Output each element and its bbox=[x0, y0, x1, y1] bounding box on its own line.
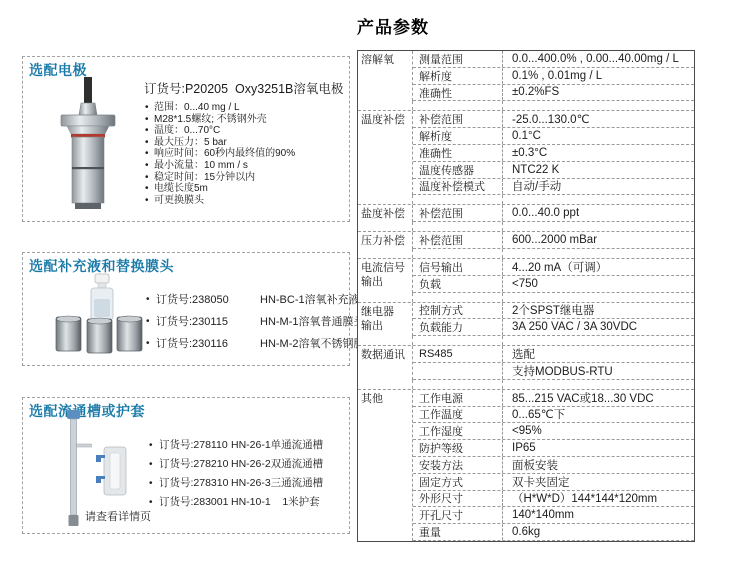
group-separator bbox=[358, 222, 694, 232]
group-label: 压力补偿 bbox=[358, 232, 413, 249]
parameter-name: 防护等级 bbox=[413, 440, 503, 456]
parameter-value: IP65 bbox=[503, 442, 694, 454]
parameter-name: 开孔尺寸 bbox=[413, 507, 503, 523]
parameter-row: 解析度 0.1°C bbox=[413, 128, 694, 145]
order-number: 订货号:278310 bbox=[159, 474, 231, 493]
group-separator bbox=[358, 101, 694, 111]
parameter-row: 工作电源 85...215 VAC或18...30 VDC bbox=[413, 390, 694, 407]
electrode-bullet: 温度：0...70°C bbox=[144, 125, 343, 137]
parameter-name: 固定方式 bbox=[413, 474, 503, 490]
group-label: 数据通讯 bbox=[358, 346, 413, 380]
group-separator bbox=[358, 195, 694, 205]
parameter-value: （H*W*D）144*144*120mm bbox=[503, 490, 694, 506]
parameter-name: 负载 bbox=[413, 276, 503, 292]
parameter-value: <95% bbox=[503, 425, 694, 437]
product-name: HN-26-1单通流通槽 bbox=[231, 436, 323, 455]
parameter-value: 0.6kg bbox=[503, 526, 694, 538]
flowcell-item-list: 订货号:278110 HN-26-1单通流通槽 订货号:278210 HN-26… bbox=[149, 436, 323, 512]
parameter-value: 0...65℃下 bbox=[503, 406, 694, 422]
parameter-name: 补偿范围 bbox=[413, 205, 503, 221]
parameter-value: 面板安装 bbox=[503, 457, 694, 473]
electrode-bullet: 最小流量：10 mm / s bbox=[144, 160, 343, 172]
product-name: HN-10-1 1米护套 bbox=[231, 493, 320, 512]
parameter-group: 其他 工作电源 85...215 VAC或18...30 VDC 工作温度 0.… bbox=[358, 390, 694, 541]
refill-item: 订货号:230116 HN-M-2溶氧不锈钢膜头 bbox=[146, 333, 376, 355]
parameter-row: 温度传感器 NTC22 K bbox=[413, 162, 694, 179]
group-label: 温度补偿 bbox=[358, 111, 413, 195]
parameter-row: 防护等级 IP65 bbox=[413, 440, 694, 457]
parameter-row: 补偿范围 -25.0...130.0℃ bbox=[413, 111, 694, 128]
order-number: 订货号:278110 bbox=[159, 436, 231, 455]
refill-item: 订货号:238050 HN-BC-1溶氧补充液 bbox=[146, 289, 376, 311]
parameter-value: 0.0...400.0% , 0.00...40.00mg / L bbox=[503, 53, 694, 65]
parameter-group: 盐度补偿 补偿范围 0.0...40.0 ppt bbox=[358, 205, 694, 222]
parameter-row: 安装方法 面板安装 bbox=[413, 457, 694, 474]
parameter-group: 继电器 输出 控制方式 2个SPST继电器 负载能力 3A 250 VAC / … bbox=[358, 303, 694, 337]
optional-flowcell-sheath-panel: 选配流通槽或护套 订货号:278110 HN-26-1单通流通槽 订货号:278… bbox=[22, 397, 350, 534]
group-separator bbox=[358, 336, 694, 346]
parameter-row: 工作温度 0...65℃下 bbox=[413, 407, 694, 424]
product-parameters-table: 溶解氧 测量范围 0.0...400.0% , 0.00...40.00mg /… bbox=[357, 50, 695, 542]
electrode-bullet: 范围：0...40 mg / L bbox=[144, 102, 343, 114]
order-number: 订货号:283001 bbox=[159, 493, 231, 512]
order-number: 订货号:230116 bbox=[156, 333, 260, 355]
group-separator bbox=[358, 293, 694, 303]
group-label: 继电器 输出 bbox=[358, 303, 413, 337]
parameter-value: 双卡夹固定 bbox=[503, 474, 694, 490]
parameter-row: 测量范围 0.0...400.0% , 0.00...40.00mg / L bbox=[413, 51, 694, 68]
parameter-row: 负载能力 3A 250 VAC / 3A 30VDC bbox=[413, 319, 694, 336]
group-rows: 补偿范围 0.0...40.0 ppt bbox=[413, 205, 694, 222]
optional-refill-membrane-panel: 选配补充液和替换膜头 订货号:238050 HN-BC-1溶氧补充液 bbox=[22, 252, 350, 366]
group-label: 溶解氧 bbox=[358, 51, 413, 101]
flowcell-item: 订货号:278310 HN-26-3三通流通槽 bbox=[149, 474, 323, 493]
parameter-value: <750 bbox=[503, 278, 694, 290]
parameter-name: 工作温度 bbox=[413, 407, 503, 423]
parameter-row: 工作湿度 <95% bbox=[413, 423, 694, 440]
parameter-value: 0.1% , 0.01mg / L bbox=[503, 70, 694, 82]
electrode-order-heading: 订货号:P20205 Oxy3251B溶氧电极 bbox=[144, 79, 343, 97]
parameter-name: 温度补偿模式 bbox=[413, 179, 503, 195]
parameter-value: 2个SPST继电器 bbox=[503, 302, 694, 318]
parameter-name: 安装方法 bbox=[413, 457, 503, 473]
parameter-value: 0.1°C bbox=[503, 130, 694, 142]
product-name: HN-26-2双通流通槽 bbox=[231, 455, 323, 474]
group-label: 电流信号 输出 bbox=[358, 259, 413, 293]
group-rows: 补偿范围 -25.0...130.0℃ 解析度 0.1°C 准确性 ±0.3°C bbox=[413, 111, 694, 195]
parameter-group: 数据通讯 RS485 选配 支持MODBUS-RTU bbox=[358, 346, 694, 380]
group-rows: 控制方式 2个SPST继电器 负载能力 3A 250 VAC / 3A 30VD… bbox=[413, 303, 694, 337]
parameter-row: 信号输出 4...20 mA（可调） bbox=[413, 259, 694, 276]
parameter-row: 控制方式 2个SPST继电器 bbox=[413, 303, 694, 320]
parameter-value: 选配 bbox=[503, 346, 694, 362]
parameter-row: 解析度 0.1% , 0.01mg / L bbox=[413, 68, 694, 85]
parameter-name: 工作电源 bbox=[413, 390, 503, 406]
parameter-value: 85...215 VAC或18...30 VDC bbox=[503, 390, 694, 406]
flowcell-item: 订货号:278210 HN-26-2双通流通槽 bbox=[149, 455, 323, 474]
product-name: HN-M-1溶氧普通膜头 bbox=[260, 311, 365, 333]
parameter-value: NTC22 K bbox=[503, 164, 694, 176]
parameter-name: 负载能力 bbox=[413, 319, 503, 335]
parameter-row: 温度补偿模式 自动/手动 bbox=[413, 179, 694, 196]
parameter-row: 负载 <750 bbox=[413, 276, 694, 293]
parameter-group: 溶解氧 测量范围 0.0...400.0% , 0.00...40.00mg /… bbox=[358, 51, 694, 101]
group-rows: 测量范围 0.0...400.0% , 0.00...40.00mg / L 解… bbox=[413, 51, 694, 101]
product-datasheet-page: { "colors": { "accent_title": "#1879a8",… bbox=[0, 0, 729, 563]
parameter-name: 补偿范围 bbox=[413, 232, 503, 248]
parameter-name bbox=[413, 363, 503, 379]
electrode-info: 订货号:P20205 Oxy3251B溶氧电极 范围：0...40 mg / L… bbox=[144, 79, 343, 206]
parameter-value: 自动/手动 bbox=[503, 178, 694, 194]
parameter-row: 准确性 ±0.3°C bbox=[413, 145, 694, 162]
group-rows: RS485 选配 支持MODBUS-RTU bbox=[413, 346, 694, 380]
parameter-value: -25.0...130.0℃ bbox=[503, 112, 694, 126]
parameter-row: 重量 0.6kg bbox=[413, 524, 694, 541]
electrode-bullet: 可更换膜头 bbox=[144, 195, 343, 207]
optional-electrode-panel: 选配电极 订货号:P20205 Oxy3251B溶氧电极 范围：0...40 m… bbox=[22, 56, 350, 222]
parameter-value: 4...20 mA（可调） bbox=[503, 259, 694, 275]
group-rows: 工作电源 85...215 VAC或18...30 VDC 工作温度 0...6… bbox=[413, 390, 694, 541]
parameter-row: 补偿范围 600...2000 mBar bbox=[413, 232, 694, 249]
oxygen-electrode-image bbox=[57, 77, 119, 211]
parameter-name: 测量范围 bbox=[413, 51, 503, 67]
parameter-name: 准确性 bbox=[413, 145, 503, 161]
product-name: HN-26-3三通流通槽 bbox=[231, 474, 323, 493]
product-name: HN-BC-1溶氧补充液 bbox=[260, 289, 360, 311]
parameter-group: 电流信号 输出 信号输出 4...20 mA（可调） 负载 <750 bbox=[358, 259, 694, 293]
page-title: 产品参数 bbox=[357, 13, 429, 38]
electrode-bullet: 电缆长度5m bbox=[144, 183, 343, 195]
parameter-value: 3A 250 VAC / 3A 30VDC bbox=[503, 321, 694, 333]
parameter-group: 温度补偿 补偿范围 -25.0...130.0℃ 解析度 0.1°C bbox=[358, 111, 694, 195]
parameter-groups: 溶解氧 测量范围 0.0...400.0% , 0.00...40.00mg /… bbox=[358, 51, 694, 541]
order-number: 订货号:230115 bbox=[156, 311, 260, 333]
parameter-value: 0.0...40.0 ppt bbox=[503, 207, 694, 219]
group-label: 盐度补偿 bbox=[358, 205, 413, 222]
flowcell-item: 订货号:278110 HN-26-1单通流通槽 bbox=[149, 436, 323, 455]
parameter-name: 信号输出 bbox=[413, 259, 503, 275]
parameter-row: 支持MODBUS-RTU bbox=[413, 363, 694, 380]
parameter-name: 重量 bbox=[413, 524, 503, 540]
parameter-name: 工作湿度 bbox=[413, 423, 503, 439]
parameter-name: RS485 bbox=[413, 346, 503, 362]
parameter-row: 固定方式 双卡夹固定 bbox=[413, 474, 694, 491]
group-label: 其他 bbox=[358, 390, 413, 541]
group-separator bbox=[358, 380, 694, 390]
parameter-row: 准确性 ±0.2%FS bbox=[413, 85, 694, 102]
flowcell-item: 订货号:283001 HN-10-1 1米护套 bbox=[149, 493, 323, 512]
refill-bottle-and-membranes-image bbox=[53, 273, 149, 355]
parameter-name: 补偿范围 bbox=[413, 111, 503, 127]
parameter-row: 补偿范围 0.0...40.0 ppt bbox=[413, 205, 694, 222]
refill-item: 订货号:230115 HN-M-1溶氧普通膜头 bbox=[146, 311, 376, 333]
order-number: 订货号:278210 bbox=[159, 455, 231, 474]
parameter-group: 压力补偿 补偿范围 600...2000 mBar bbox=[358, 232, 694, 249]
group-rows: 补偿范围 600...2000 mBar bbox=[413, 232, 694, 249]
parameter-value: 支持MODBUS-RTU bbox=[503, 363, 694, 379]
parameter-value: ±0.2%FS bbox=[503, 86, 694, 98]
parameter-name: 解析度 bbox=[413, 68, 503, 84]
parameter-value: 600...2000 mBar bbox=[503, 234, 694, 246]
electrode-bullet-list: 范围：0...40 mg / LM28*1.5螺纹; 不锈钢外壳温度：0...7… bbox=[144, 102, 343, 206]
parameter-row: 外形尺寸 （H*W*D）144*144*120mm bbox=[413, 491, 694, 508]
parameter-name: 控制方式 bbox=[413, 303, 503, 319]
parameter-row: RS485 选配 bbox=[413, 346, 694, 363]
parameter-name: 准确性 bbox=[413, 85, 503, 101]
parameter-value: 140*140mm bbox=[503, 509, 694, 521]
flow-cell-bracket-image bbox=[93, 446, 129, 496]
electrode-bullet: M28*1.5螺纹; 不锈钢外壳 bbox=[144, 114, 343, 126]
parameter-name: 外形尺寸 bbox=[413, 491, 503, 507]
see-details-note: 请查看详情页 bbox=[85, 508, 151, 524]
electrode-bullet: 最大压力：5 bar bbox=[144, 137, 343, 149]
order-number: 订货号:238050 bbox=[156, 289, 260, 311]
parameter-name: 解析度 bbox=[413, 128, 503, 144]
refill-item-list: 订货号:238050 HN-BC-1溶氧补充液 订货号:230115 HN-M-… bbox=[146, 289, 376, 355]
group-rows: 信号输出 4...20 mA（可调） 负载 <750 bbox=[413, 259, 694, 293]
electrode-bullet: 稳定时间：15分钟以内 bbox=[144, 172, 343, 184]
electrode-bullet: 响应时间：60秒内最终值的90% bbox=[144, 148, 343, 160]
parameter-row: 开孔尺寸 140*140mm bbox=[413, 507, 694, 524]
parameter-value: ±0.3°C bbox=[503, 147, 694, 159]
group-separator bbox=[358, 249, 694, 259]
parameter-name: 温度传感器 bbox=[413, 162, 503, 178]
